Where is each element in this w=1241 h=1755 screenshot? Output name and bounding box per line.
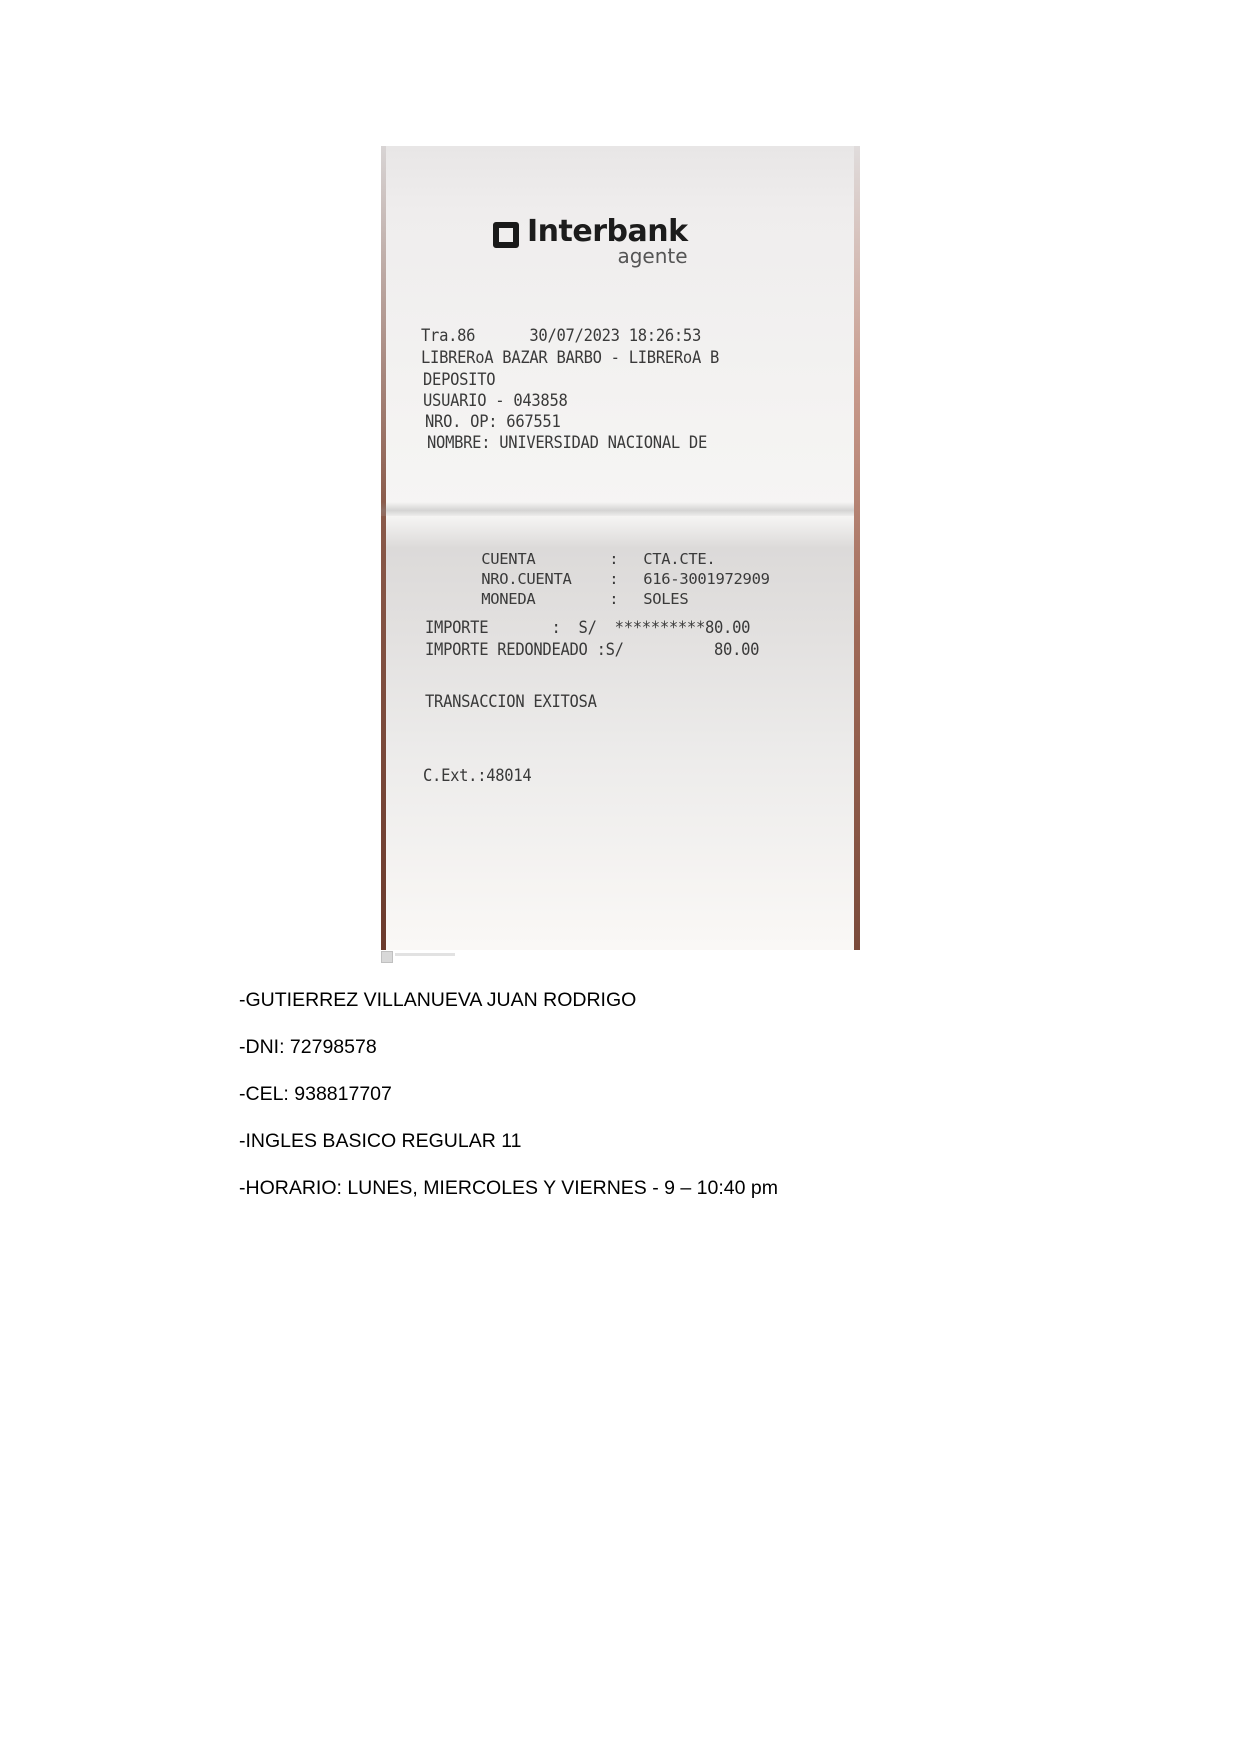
receipt-user-line: USUARIO - 043858 bbox=[423, 391, 568, 410]
receipt-store-line: LIBRERoA BAZAR BARBO - LIBRERoA B bbox=[421, 348, 719, 367]
image-caption-icon bbox=[381, 951, 393, 963]
student-dni: -DNI: 72798578 bbox=[239, 1036, 377, 1059]
receipt-ext-code: C.Ext.:48014 bbox=[423, 766, 531, 785]
receipt-fold-shadow bbox=[381, 502, 860, 516]
receipt-type-line: DEPOSITO bbox=[423, 370, 495, 389]
receipt-op-line: NRO. OP: 667551 bbox=[425, 412, 560, 431]
interbank-logo: Interbank agente bbox=[493, 216, 688, 266]
image-caption bbox=[395, 953, 455, 956]
receipt-status: TRANSACCION EXITOSA bbox=[425, 692, 597, 711]
receipt-importe-line: IMPORTE : S/ **********80.00 bbox=[425, 618, 750, 637]
student-cel: -CEL: 938817707 bbox=[239, 1083, 392, 1106]
receipt-photo: Interbank agente Tra.86 30/07/2023 18:26… bbox=[381, 146, 860, 950]
student-course: -INGLES BASICO REGULAR 11 bbox=[239, 1130, 521, 1153]
field-value: SOLES bbox=[643, 590, 688, 608]
field-sep: : bbox=[609, 590, 643, 608]
student-schedule: -HORARIO: LUNES, MIERCOLES Y VIERNES - 9… bbox=[239, 1177, 778, 1200]
receipt-name-line: NOMBRE: UNIVERSIDAD NACIONAL DE bbox=[427, 433, 707, 452]
interbank-square-icon bbox=[493, 222, 519, 248]
receipt-importe-redondeado-line: IMPORTE REDONDEADO :S/ 80.00 bbox=[425, 640, 759, 659]
document-page: Interbank agente Tra.86 30/07/2023 18:26… bbox=[0, 0, 1241, 1755]
student-name: -GUTIERREZ VILLANUEVA JUAN RODRIGO bbox=[239, 989, 636, 1012]
logo-subtitle: agente bbox=[617, 246, 687, 266]
receipt-transaction-line: Tra.86 30/07/2023 18:26:53 bbox=[421, 326, 701, 345]
field-label: MONEDA bbox=[481, 590, 609, 608]
